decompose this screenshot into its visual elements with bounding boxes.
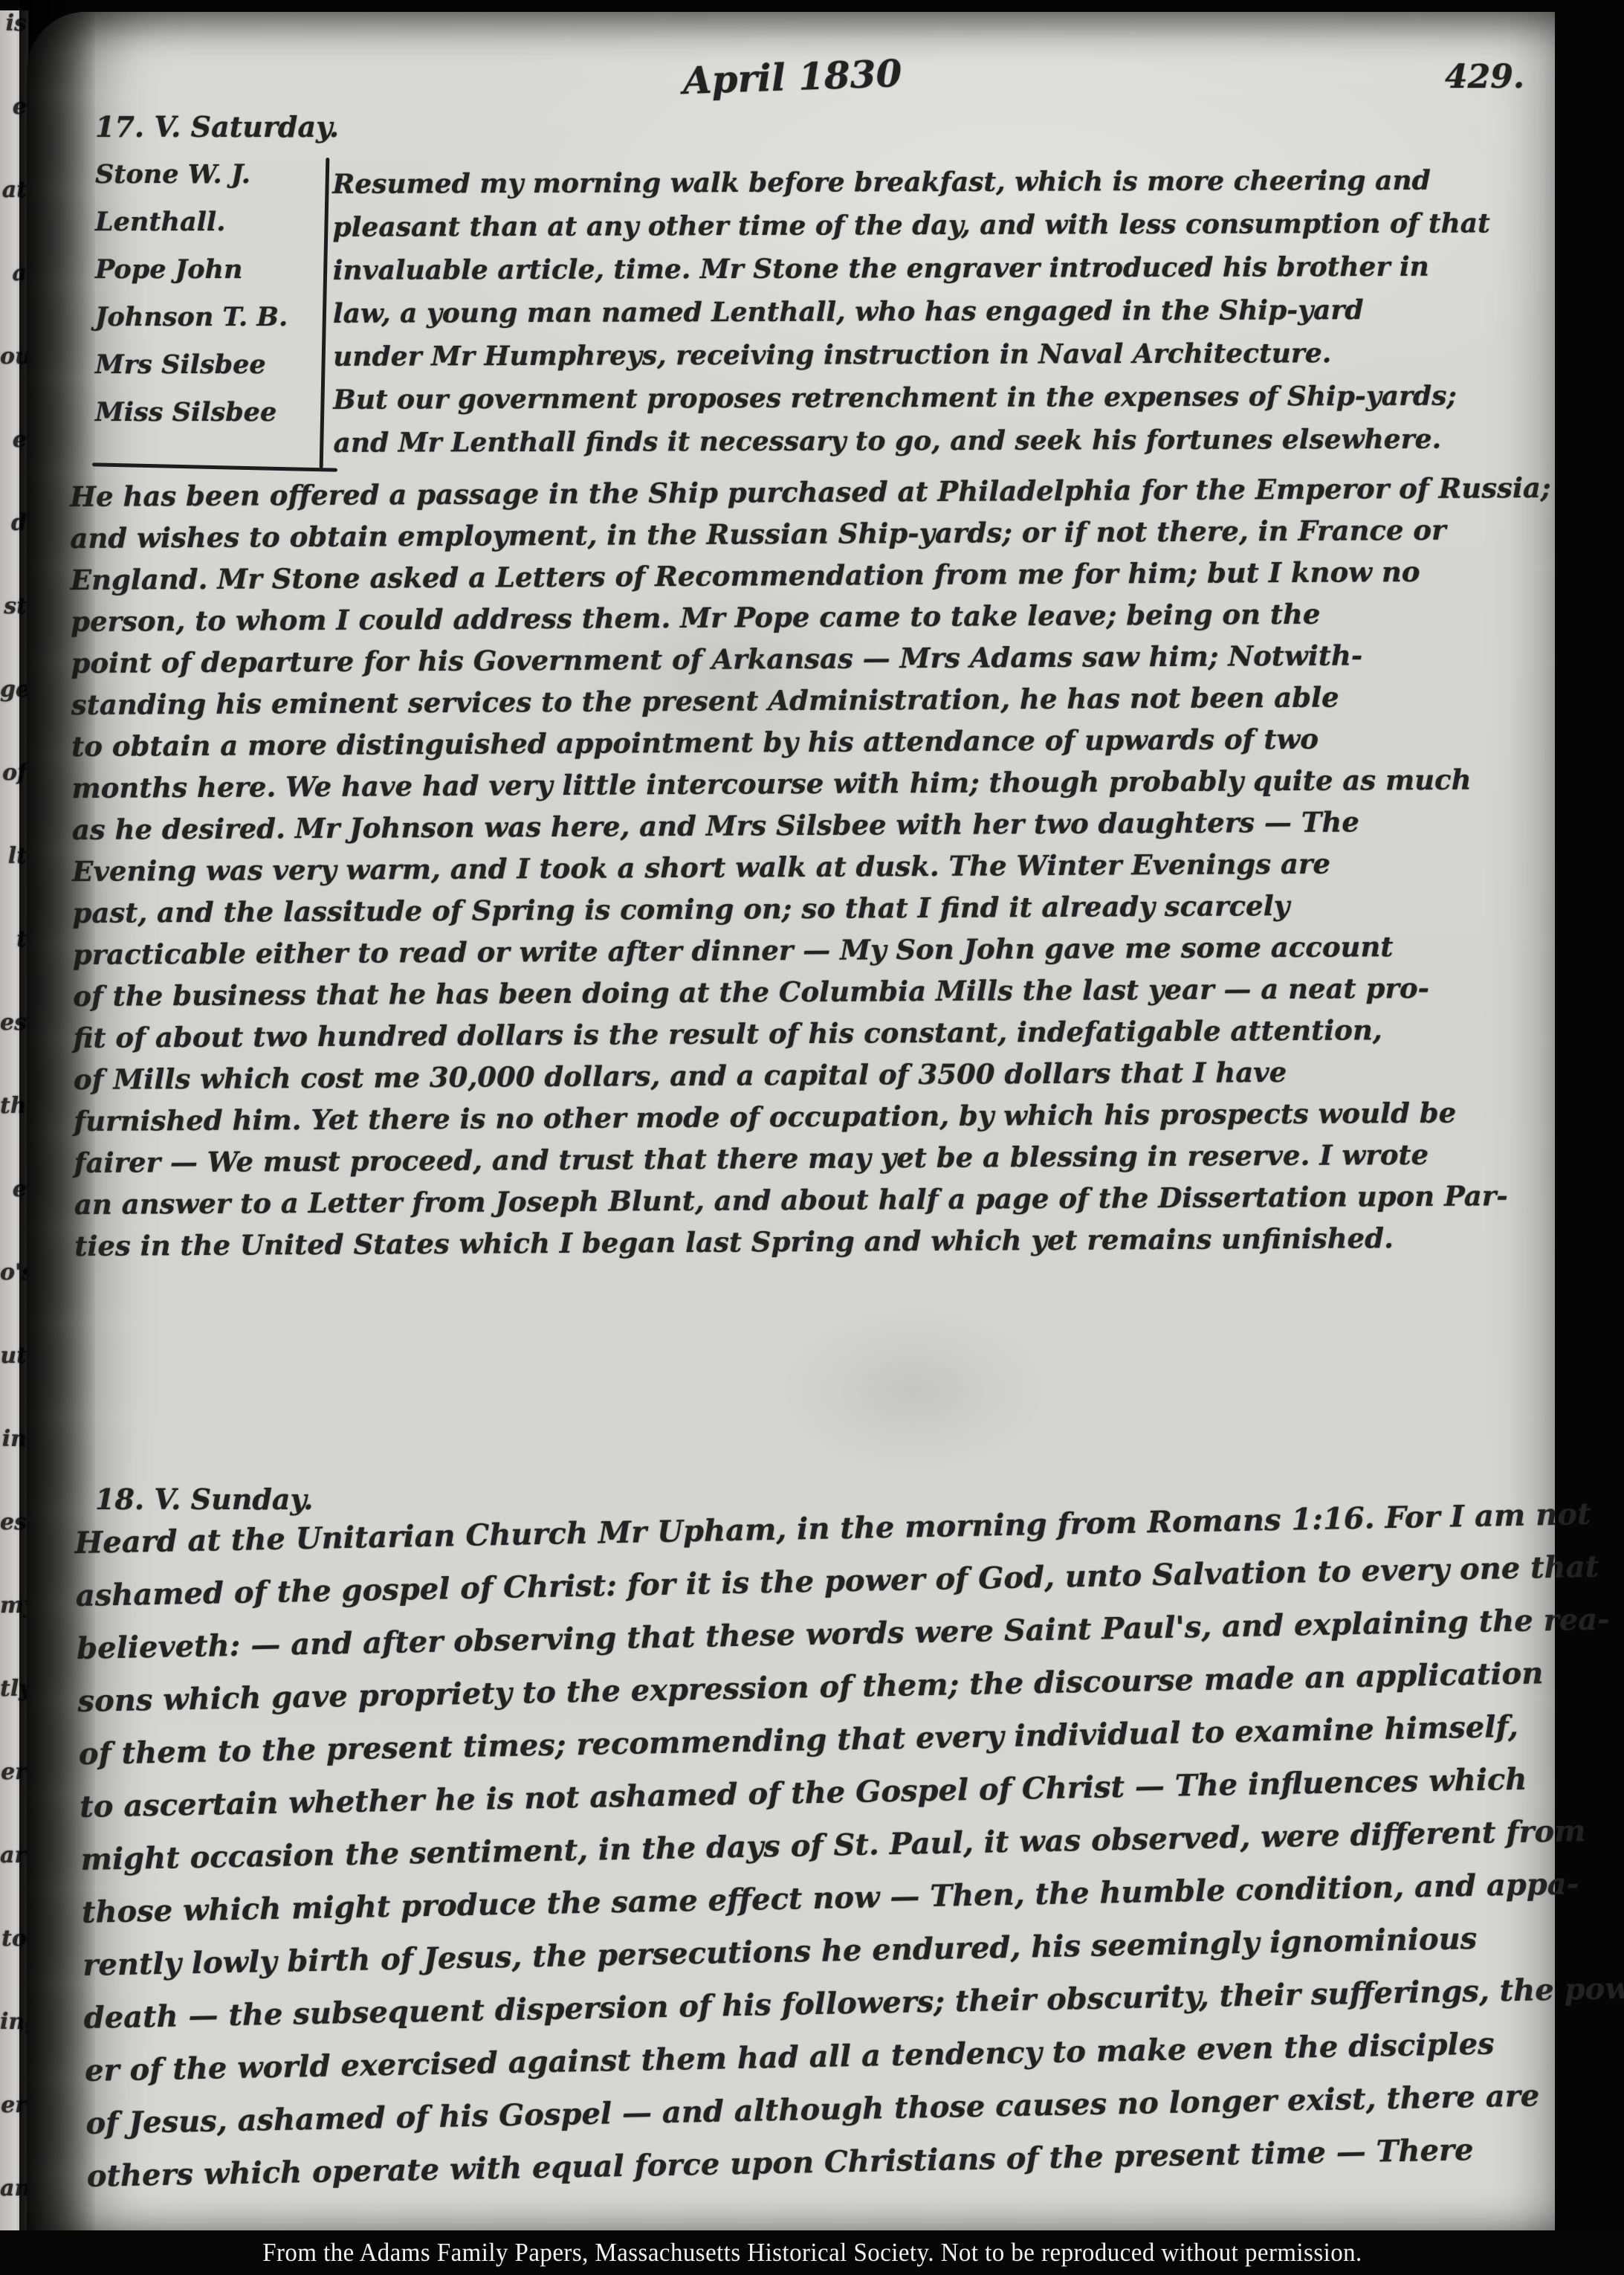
edge-text-fragment: ut — [0, 1343, 28, 1426]
edge-text-fragment: er — [0, 2092, 28, 2175]
manuscript-line: But our government proposes retrenchment… — [333, 380, 1544, 427]
edge-text-fragment: a — [0, 260, 28, 343]
entry-heading-sunday: 18. V. Sunday. — [95, 1482, 313, 1516]
edge-text-fragment: e — [0, 427, 28, 510]
facing-page-edge: iseataouedstge.oflttestheeo'sutinesmytly… — [0, 10, 28, 2233]
edge-text-fragment: es — [0, 1010, 28, 1093]
manuscript-line: and Mr Lenthall finds it necessary to go… — [334, 423, 1545, 471]
edge-text-fragment: are — [0, 1842, 28, 1926]
edge-text-fragment: ou — [0, 343, 28, 427]
margin-name-list: Stone W. J.Lenthall.Pope JohnJohnson T. … — [95, 159, 318, 445]
margin-name: Miss Silsbee — [95, 397, 318, 445]
manuscript-line: under Mr Humphreys, receiving instructio… — [333, 337, 1544, 384]
page-header-date: April 1830 — [635, 50, 949, 105]
margin-name: Lenthall. — [95, 207, 318, 254]
manuscript-line: law, a young man named Lenthall, who has… — [333, 294, 1544, 341]
edge-text-fragment: es — [0, 1509, 28, 1592]
manuscript-line: pleasant than at any other time of the d… — [332, 207, 1544, 255]
archive-credit-bar: From the Adams Family Papers, Massachuse… — [0, 2230, 1624, 2275]
margin-name: Pope John — [95, 254, 318, 302]
edge-text-fragment: any — [0, 2175, 28, 2233]
margin-divider-rule — [320, 158, 330, 468]
manuscript-page: April 1830 429. 17. V. Saturday. Stone W… — [27, 12, 1555, 2236]
edge-text-fragment: er — [0, 1759, 28, 1842]
edge-text-fragment: my — [0, 1592, 28, 1676]
manuscript-line: ties in the United States which I began … — [74, 1221, 1553, 1271]
edge-text-fragment: o's — [0, 1259, 28, 1343]
edge-text-fragment: lt — [0, 843, 28, 926]
edge-text-fragment: d — [0, 510, 28, 593]
page-number: 429. — [1445, 58, 1524, 96]
margin-name: Stone W. J. — [95, 159, 318, 207]
edge-text-fragment: ing — [0, 2009, 28, 2092]
edge-text-fragment: e — [0, 94, 28, 177]
saturday-indented-paragraph: Resumed my morning walk before breakfast… — [332, 164, 1544, 471]
edge-text-fragment: to — [0, 1926, 28, 2009]
entry-heading-saturday: 17. V. Saturday. — [95, 110, 339, 143]
edge-text-fragment: at — [0, 177, 28, 260]
photo-background: iseataouedstge.oflttestheeo'sutinesmytly… — [0, 0, 1624, 2275]
margin-underline-rule — [92, 462, 337, 471]
margin-name: Johnson T. B. — [95, 302, 318, 349]
margin-name: Mrs Silsbee — [95, 349, 318, 397]
saturday-body-paragraph: He has been offered a passage in the Shi… — [70, 471, 1553, 1271]
sunday-body-paragraph: Heard at the Unitarian Church Mr Upham, … — [74, 1497, 1566, 2212]
edge-text-fragment: the — [0, 1093, 28, 1176]
edge-text-fragment: tly — [0, 1676, 28, 1759]
manuscript-line: Resumed my morning walk before breakfast… — [332, 164, 1544, 212]
edge-text-fragment: st — [0, 593, 28, 677]
edge-text-fragment: ge. — [0, 677, 28, 760]
edge-text-fragment: e — [0, 1176, 28, 1259]
manuscript-line: invaluable article, time. Mr Stone the e… — [333, 251, 1544, 298]
edge-text-fragment: in — [0, 1426, 28, 1509]
archive-credit-text: From the Adams Family Papers, Massachuse… — [262, 2238, 1362, 2268]
edge-text-fragment: t — [0, 926, 28, 1010]
edge-text-fragment: is — [0, 10, 28, 94]
edge-text-fragment: of — [0, 760, 28, 843]
